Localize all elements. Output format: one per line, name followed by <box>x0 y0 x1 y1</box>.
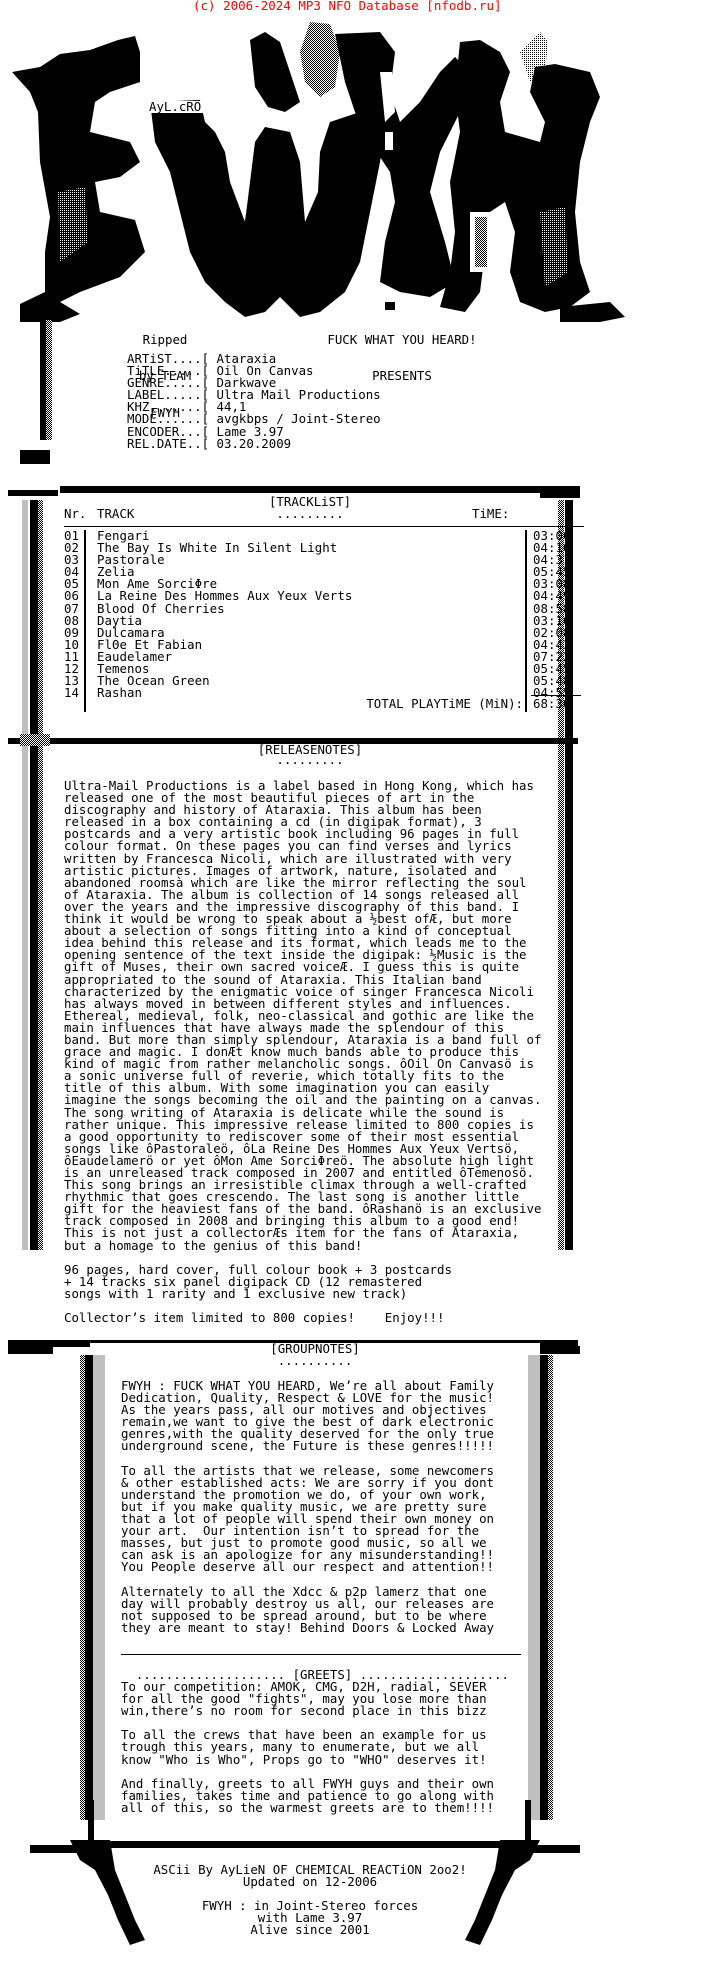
groupnotes-right-cap <box>540 1346 580 1354</box>
release-info-value: 03.20.2009 <box>217 436 292 451</box>
total-playtime-value: 68:30 <box>533 698 570 710</box>
releasenotes-body: Ultra-Mail Productions is a label based … <box>64 780 541 1324</box>
track-time-divider <box>525 530 527 712</box>
greets-rule <box>121 1654 521 1655</box>
releasenotes-line: but a homage to the genius of this band! <box>64 1240 541 1252</box>
release-info-row: REL.DATE..[ 03.20.2009 <box>127 438 381 450</box>
releasenotes-left-cap-shade <box>20 734 50 746</box>
ascii-credit-tag: AyL.cRO <box>147 101 203 113</box>
footer-line: Alive since 2001 <box>100 1924 520 1936</box>
groupnotes-line: You People deserve all our respect and a… <box>121 1561 494 1573</box>
tracklist-header-rule <box>64 526 584 527</box>
left-pillar <box>30 500 38 1250</box>
group-right-pillar <box>540 1355 548 1820</box>
greets-line: know "Who is Who", Props go to "WHO" des… <box>121 1754 494 1766</box>
group-right-pillar-shade-2 <box>548 1355 553 1820</box>
groupnotes-line: they are meant to stay! Behind Doors & L… <box>121 1622 494 1634</box>
track-number: 14 <box>64 687 79 699</box>
greets-line: win,there’s no room for second place in … <box>121 1705 494 1717</box>
tracklist-top-border <box>60 486 540 493</box>
total-playtime-label: TOTAL PLAYTiME (MiN): <box>348 698 523 710</box>
releasenotes-line: songs with 1 rarity and 1 exclusive new … <box>64 1288 541 1300</box>
presents-group-name: FUCK WHAT YOU HEARD! <box>322 334 482 346</box>
group-left-pillar <box>85 1355 93 1820</box>
group-left-pillar-shade-2 <box>93 1355 105 1820</box>
track-nr-divider <box>84 530 86 712</box>
groupnotes-left-cap <box>8 1346 53 1354</box>
groupnotes-dots: .......... <box>90 1355 540 1367</box>
releasenotes-line: Collector’s item limited to 800 copies! … <box>64 1312 541 1324</box>
left-ornament-shade <box>46 320 52 440</box>
release-info: ARTiST....[ AtaraxiaTiTLE.....[ Oil On C… <box>127 353 381 450</box>
greets-header: .................... [GREETS] ..........… <box>121 1657 509 1681</box>
track-list: 01Fengari03:0602The Bay Is White In Sile… <box>64 530 584 699</box>
left-pillar-shade <box>22 500 28 1250</box>
footer-credits: ASCii By AyLieN OF CHEMICAL REACTiON 2oo… <box>100 1864 520 1937</box>
track-row: 07Blood Of Cherries08:58 <box>64 603 584 615</box>
track-row: 13The Ocean Green05:48 <box>64 675 584 687</box>
track-title: Rashan <box>97 687 142 699</box>
tracklist-col-time: TiME: <box>472 508 509 520</box>
logo-art-icon <box>0 12 712 322</box>
releasenotes-dots: ......... <box>60 754 560 766</box>
ripped-line-1: Ripped <box>127 334 203 346</box>
release-info-label: REL.DATE..[ <box>127 436 217 451</box>
tracklist-top-left-cap <box>8 490 58 496</box>
greets-body: To our competition: AMOK, CMG, D2H, radi… <box>121 1681 494 1814</box>
fwyh-ascii-logo: AyL.cRO <box>0 12 712 322</box>
track-row: 03Pastorale04:31 <box>64 554 584 566</box>
copyright-banner: (c) 2006-2024 MP3 NFO Database [nfodb.ru… <box>0 0 712 12</box>
groupnotes-line: underground scene, the Future is these g… <box>121 1440 494 1452</box>
groupnotes-body: FWYH : FUCK WHAT YOU HEARD, We’re all ab… <box>121 1380 494 1634</box>
left-pillar-shade-2 <box>38 500 43 1250</box>
group-right-pillar-shade <box>528 1355 540 1820</box>
left-ornament-foot <box>20 450 50 464</box>
footer-line: Updated on 12-2006 <box>100 1876 520 1888</box>
